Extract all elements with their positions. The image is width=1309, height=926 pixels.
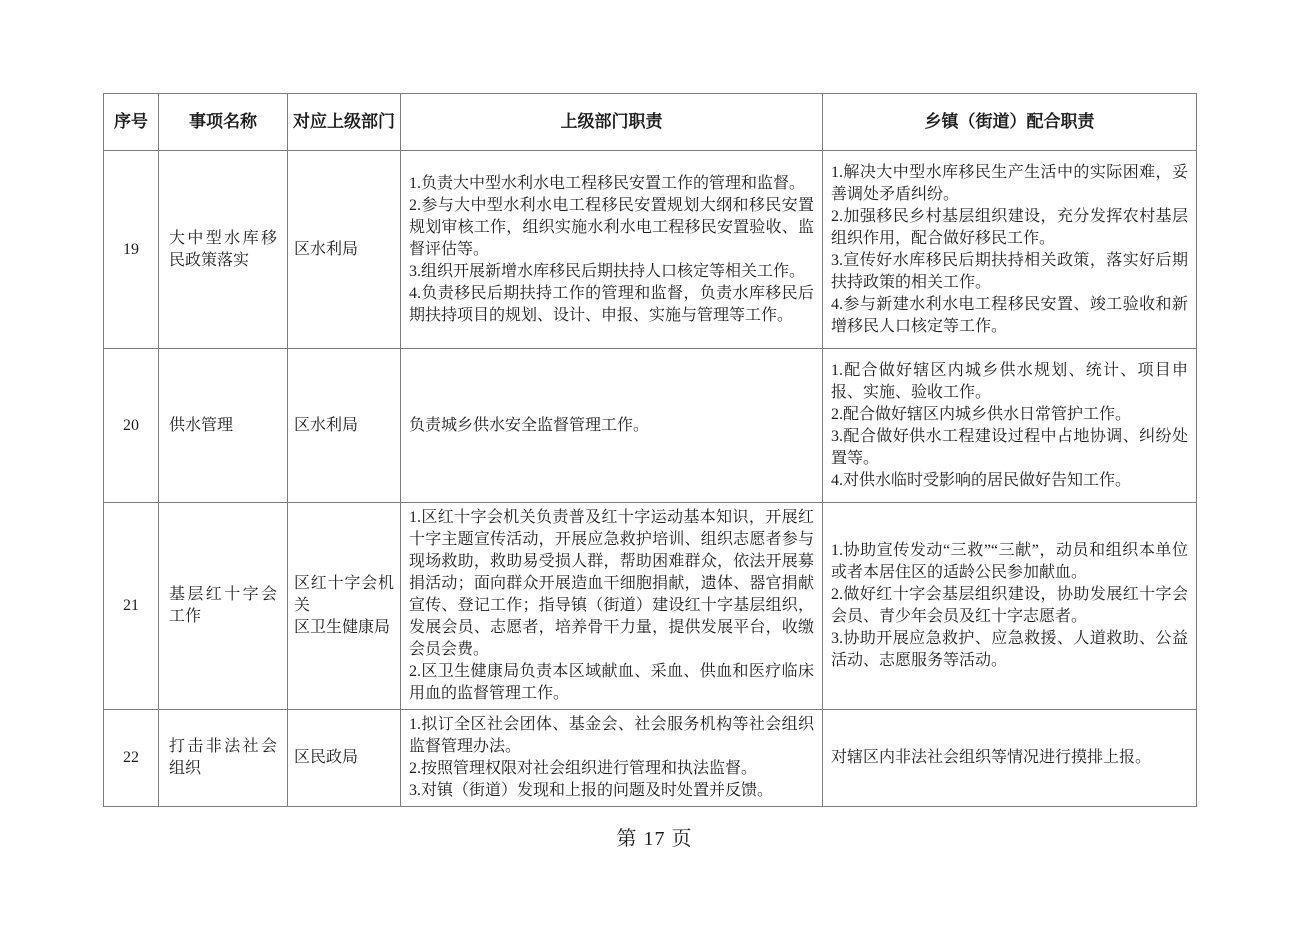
row-seq: 22 (104, 710, 159, 807)
row-seq: 19 (104, 151, 159, 349)
header-superior-duties: 上级部门职责 (401, 94, 823, 151)
item-name: 供水管理 (159, 349, 288, 503)
header-item-name: 事项名称 (159, 94, 288, 151)
superior-duties: 1.负责大中型水利水电工程移民安置工作的管理和监督。 2.参与大中型水利水电工程… (401, 151, 823, 349)
row-seq: 21 (104, 503, 159, 710)
duty-table: 序号 事项名称 对应上级部门 上级部门职责 乡镇（街道）配合职责 19 大中型水… (103, 93, 1197, 807)
superior-department: 区红十字会机关 区卫生健康局 (288, 503, 401, 710)
table-row: 20 供水管理 区水利局 负责城乡供水安全监督管理工作。 1.配合做好辖区内城乡… (104, 349, 1197, 503)
row-seq: 20 (104, 349, 159, 503)
table-row: 19 大中型水库移民政策落实 区水利局 1.负责大中型水利水电工程移民安置工作的… (104, 151, 1197, 349)
header-superior-department: 对应上级部门 (288, 94, 401, 151)
table-row: 22 打击非法社会组织 区民政局 1.拟订全区社会团体、基金会、社会服务机构等社… (104, 710, 1197, 807)
township-duties: 1.协助宣传发动“三救”“三献”，动员和组织本单位或者本居住区的适龄公民参加献血… (823, 503, 1197, 710)
page-number: 第 17 页 (0, 822, 1309, 851)
superior-department: 区水利局 (288, 151, 401, 349)
superior-duties: 负责城乡供水安全监督管理工作。 (401, 349, 823, 503)
item-name: 基层红十字会工作 (159, 503, 288, 710)
superior-duties: 1.拟订全区社会团体、基金会、社会服务机构等社会组织监督管理办法。 2.按照管理… (401, 710, 823, 807)
table-row: 21 基层红十字会工作 区红十字会机关 区卫生健康局 1.区红十字会机关负责普及… (104, 503, 1197, 710)
township-duties: 1.解决大中型水库移民生产生活中的实际困难，妥善调处矛盾纠纷。 2.加强移民乡村… (823, 151, 1197, 349)
document-page: 序号 事项名称 对应上级部门 上级部门职责 乡镇（街道）配合职责 19 大中型水… (0, 0, 1309, 926)
table-header-row: 序号 事项名称 对应上级部门 上级部门职责 乡镇（街道）配合职责 (104, 94, 1197, 151)
township-duties: 1.配合做好辖区内城乡供水规划、统计、项目申报、实施、验收工作。 2.配合做好辖… (823, 349, 1197, 503)
superior-department: 区民政局 (288, 710, 401, 807)
superior-department: 区水利局 (288, 349, 401, 503)
item-name: 打击非法社会组织 (159, 710, 288, 807)
item-name: 大中型水库移民政策落实 (159, 151, 288, 349)
header-seq: 序号 (104, 94, 159, 151)
header-township-duties: 乡镇（街道）配合职责 (823, 94, 1197, 151)
superior-duties: 1.区红十字会机关负责普及红十字运动基本知识，开展红十字主题宣传活动，开展应急救… (401, 503, 823, 710)
township-duties: 对辖区内非法社会组织等情况进行摸排上报。 (823, 710, 1197, 807)
